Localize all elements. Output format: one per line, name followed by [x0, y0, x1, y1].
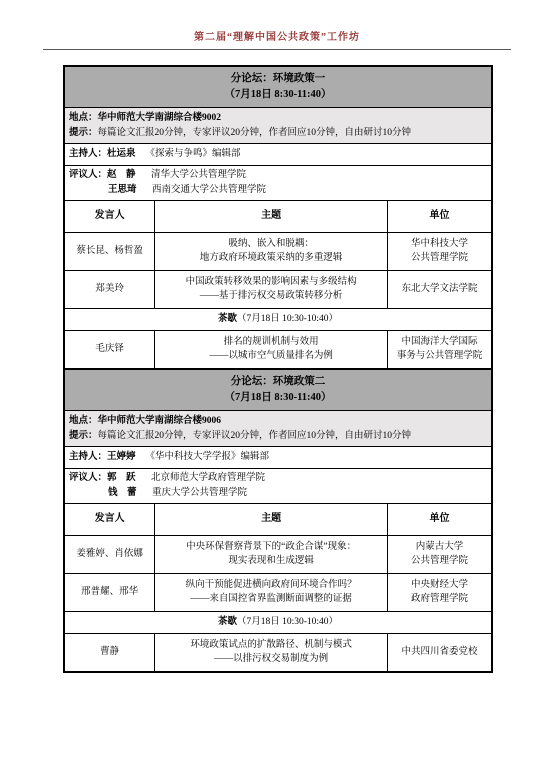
- column-header-affiliation: 单位: [388, 504, 492, 536]
- column-header-topic: 主题: [155, 504, 388, 536]
- session-1-host-row: 主持人：杜运泉《探索与争鸣》编辑部: [64, 144, 492, 166]
- page-title: 第二届“理解中国公共政策”工作坊: [194, 32, 360, 43]
- session-1-header-row: 分论坛：环境政策一 （7月18日 8:30-11:40）: [64, 66, 492, 108]
- commentator-affiliation: 清华大学公共管理学院: [151, 170, 246, 180]
- talk-row: 邢普耀、邢华 纵向干预能促进横向政府间环境合作吗？ ——来自国控省界监测断面调整…: [64, 574, 492, 612]
- talk-affiliation: 中共四川省委党校: [388, 634, 492, 673]
- session-2-header-row: 分论坛：环境政策二 （7月18日 8:30-11:40）: [64, 369, 492, 411]
- talk-affiliation: 华中科技大学 公共管理学院: [388, 233, 492, 271]
- talk-speaker: 毛庆铎: [64, 331, 155, 370]
- session-2-commentator-row: 评议人：郭 跃北京师范大学政府管理学院 钱 蕾重庆大学公共管理学院: [64, 469, 492, 504]
- location-label: 地点：: [69, 416, 98, 426]
- talk-affiliation: 中国海洋大学国际 事务与公共管理学院: [388, 331, 492, 370]
- commentator-name: 王思琦: [108, 183, 142, 198]
- commentator-line: 评议人：赵 静清华大学公共管理学院: [69, 168, 487, 183]
- session-2-info-row: 地点：华中师范大学南湖综合楼9006 提示：每篇论文汇报20分钟，专家评议20分…: [64, 411, 492, 447]
- schedule-table: 分论坛：环境政策一 （7月18日 8:30-11:40） 地点：华中师范大学南湖…: [63, 65, 493, 673]
- session-2-time: （7月18日 8:30-11:40）: [69, 390, 487, 406]
- host-affiliation: 《华中科技大学学报》编辑部: [146, 452, 270, 462]
- commentator-label: 评议人：: [69, 170, 107, 180]
- session-1-tea-break-row: 茶歇（7月18日 10:30-10:40）: [64, 309, 492, 331]
- location-value: 华中师范大学南湖综合楼9006: [98, 416, 222, 426]
- column-header-speaker: 发言人: [64, 504, 155, 536]
- talk-speaker: 曹静: [64, 634, 155, 673]
- session-2-title: 分论坛：环境政策二: [69, 374, 487, 390]
- commentator-label: 评议人：: [69, 473, 107, 483]
- talk-topic: 纵向干预能促进横向政府间环境合作吗？ ——来自国控省界监测断面调整的证据: [155, 574, 388, 612]
- session-1-location-line: 地点：华中师范大学南湖综合楼9002: [69, 111, 487, 126]
- session-1-columns-row: 发言人 主题 单位: [64, 201, 492, 233]
- session-1-info-row: 地点：华中师范大学南湖综合楼9002 提示：每篇论文汇报20分钟，专家评议20分…: [64, 108, 492, 144]
- tip-value: 每篇论文汇报20分钟，专家评议20分钟，作者回应10分钟，自由研讨10分钟: [98, 431, 412, 441]
- host-label: 主持人：: [69, 149, 107, 159]
- tip-value: 每篇论文汇报20分钟，专家评议20分钟，作者回应10分钟，自由研讨10分钟: [98, 128, 412, 138]
- talk-speaker: 邢普耀、邢华: [64, 574, 155, 612]
- commentator-line: 评议人：郭 跃北京师范大学政府管理学院: [69, 471, 487, 486]
- commentator-affiliation: 北京师范大学政府管理学院: [151, 473, 265, 483]
- tea-break-label: 茶歇: [218, 617, 237, 627]
- talk-affiliation: 东北大学文法学院: [388, 271, 492, 309]
- tea-break-label: 茶歇: [218, 314, 237, 324]
- talk-affiliation: 内蒙古大学 公共管理学院: [388, 536, 492, 574]
- tea-break-time: （7月18日 10:30-10:40）: [237, 314, 338, 324]
- session-2-tea-break-row: 茶歇（7月18日 10:30-10:40）: [64, 612, 492, 634]
- host-affiliation: 《探索与争鸣》编辑部: [146, 149, 241, 159]
- talk-topic: 排名的规训机制与效用 ——以城市空气质量排名为例: [155, 331, 388, 370]
- talk-topic: 环境政策试点的扩散路径、机制与模式 ——以排污权交易制度为例: [155, 634, 388, 673]
- commentator-line: 王思琦西南交通大学公共管理学院: [69, 183, 487, 198]
- column-header-speaker: 发言人: [64, 201, 155, 233]
- talk-speaker: 蔡长昆、杨哲盈: [64, 233, 155, 271]
- session-1-tip-line: 提示：每篇论文汇报20分钟，专家评议20分钟，作者回应10分钟，自由研讨10分钟: [69, 126, 487, 141]
- commentator-affiliation: 西南交通大学公共管理学院: [152, 185, 266, 195]
- session-2-host-row: 主持人：王婷婷《华中科技大学学报》编辑部: [64, 447, 492, 469]
- tea-break-time: （7月18日 10:30-10:40）: [237, 617, 338, 627]
- session-2-columns-row: 发言人 主题 单位: [64, 504, 492, 536]
- commentator-name: 郭 跃: [107, 471, 141, 486]
- column-header-topic: 主题: [155, 201, 388, 233]
- host-label: 主持人：: [69, 452, 107, 462]
- talk-speaker: 姜雅婷、肖依娜: [64, 536, 155, 574]
- tip-label: 提示：: [69, 431, 98, 441]
- talk-topic: 中央环保督察背景下的“政企合谋”现象： 现实表现和生成逻辑: [155, 536, 388, 574]
- talk-affiliation: 中央财经大学 政府管理学院: [388, 574, 492, 612]
- talk-topic: 吸纳、嵌入和脱耦： 地方政府环境政策采纳的多重逻辑: [155, 233, 388, 271]
- location-value: 华中师范大学南湖综合楼9002: [98, 113, 222, 123]
- session-2-tip-line: 提示：每篇论文汇报20分钟，专家评议20分钟，作者回应10分钟，自由研讨10分钟: [69, 429, 487, 444]
- talk-row: 蔡长昆、杨哲盈 吸纳、嵌入和脱耦： 地方政府环境政策采纳的多重逻辑 华中科技大学…: [64, 233, 492, 271]
- column-header-affiliation: 单位: [388, 201, 492, 233]
- session-1-commentator-row: 评议人：赵 静清华大学公共管理学院 王思琦西南交通大学公共管理学院: [64, 166, 492, 201]
- talk-topic: 中国政策转移效果的影响因素与多级结构 ——基于排污权交易政策转移分析: [155, 271, 388, 309]
- location-label: 地点：: [69, 113, 98, 123]
- host-name: 杜运泉: [107, 149, 136, 159]
- talk-row: 郑美玲 中国政策转移效果的影响因素与多级结构 ——基于排污权交易政策转移分析 东…: [64, 271, 492, 309]
- talk-speaker: 郑美玲: [64, 271, 155, 309]
- session-1-title: 分论坛：环境政策一: [69, 71, 487, 87]
- header-rule: [43, 49, 511, 50]
- talk-row: 毛庆铎 排名的规训机制与效用 ——以城市空气质量排名为例 中国海洋大学国际 事务…: [64, 331, 492, 370]
- commentator-line: 钱 蕾重庆大学公共管理学院: [69, 486, 487, 501]
- page-header: 第二届“理解中国公共政策”工作坊: [0, 0, 554, 50]
- commentator-name: 钱 蕾: [108, 486, 142, 501]
- tip-label: 提示：: [69, 128, 98, 138]
- session-1-time: （7月18日 8:30-11:40）: [69, 87, 487, 103]
- talk-row: 曹静 环境政策试点的扩散路径、机制与模式 ——以排污权交易制度为例 中共四川省委…: [64, 634, 492, 673]
- session-2-location-line: 地点：华中师范大学南湖综合楼9006: [69, 414, 487, 429]
- commentator-name: 赵 静: [107, 168, 141, 183]
- talk-row: 姜雅婷、肖依娜 中央环保督察背景下的“政企合谋”现象： 现实表现和生成逻辑 内蒙…: [64, 536, 492, 574]
- host-name: 王婷婷: [107, 452, 136, 462]
- commentator-affiliation: 重庆大学公共管理学院: [152, 488, 247, 498]
